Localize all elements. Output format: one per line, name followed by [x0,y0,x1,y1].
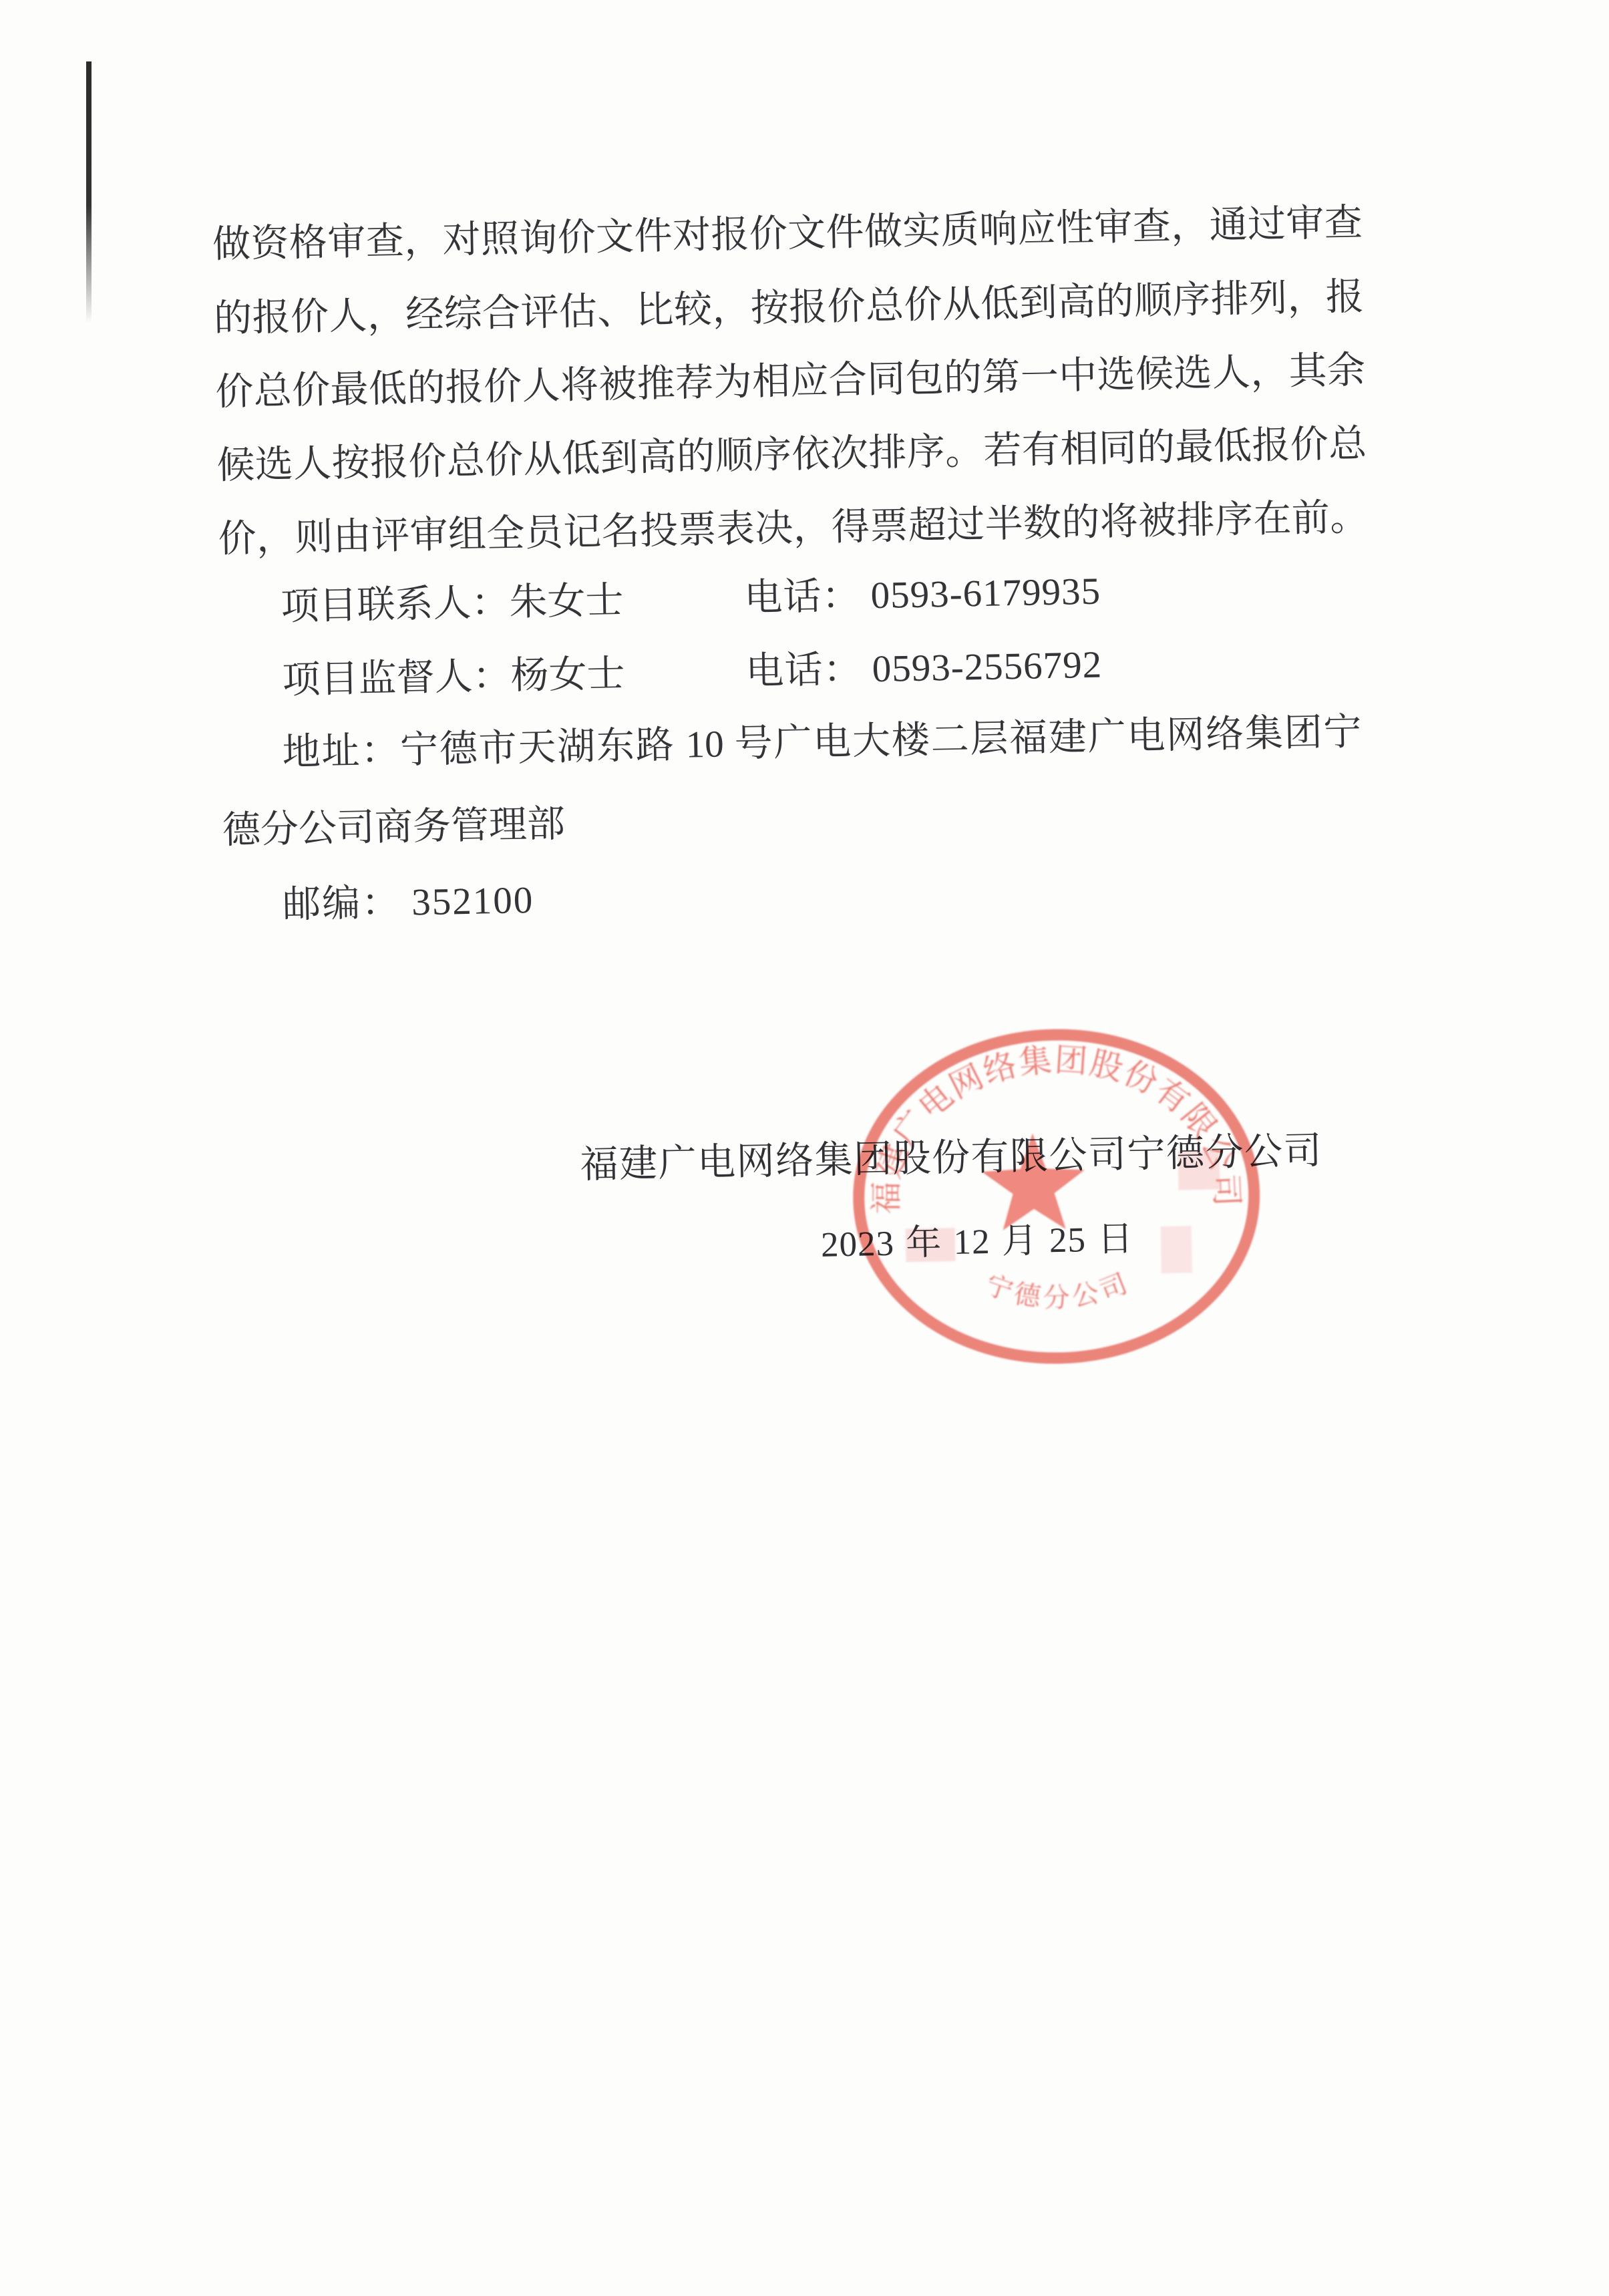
contact-person: 项目联系人：朱女士 [281,577,624,631]
paragraph-line: 候选人按报价总价从低到高的顺序依次排序。若有相同的最低报价总 [216,421,1367,492]
contact-row: 项目监督人：杨女士 电话： 0593-2556792 [220,637,1371,708]
seal-smudge [1161,1226,1192,1273]
address-line-2: 德分公司商务管理部 [222,801,565,854]
paragraph-line: 做资格审查，对照询价文件对报价文件做实质响应性审查，通过审查 [212,200,1363,271]
address-line-1: 地址：宁德市天湖东路 10 号广电大楼二层福建广电网络集团宁 [282,709,1362,779]
contact-phone: 电话： 0593-2556792 [745,642,1103,695]
contact-label: 项目联系人： [281,582,510,629]
scanned-document-page: 做资格审查，对照询价文件对报价文件做实质响应性审查，通过审查 的报价人，经综合评… [0,0,1609,2296]
contact-name: 杨女士 [510,653,625,697]
contact-name: 朱女士 [509,579,624,623]
seal-bottom-text: 宁德分公司 [981,1267,1135,1314]
contact-label: 项目监督人： [282,655,511,702]
seal-star-icon [981,1132,1086,1231]
paragraph-line: 的报价人，经综合评估、比较，按报价总价从低到高的顺序排列，报 [214,274,1365,345]
official-seal: 福建广电网络集团股份有限公司 宁德分公司 [843,1024,1270,1369]
contact-person: 项目监督人：杨女士 [282,651,625,704]
document-content: 做资格审查，对照询价文件对报价文件做实质响应性审查，通过审查 的报价人，经综合评… [0,0,1609,2296]
seal-smudge [906,1228,956,1262]
seal-smudge [1178,1150,1220,1190]
postal-code-line: 邮编： 352100 [282,877,534,929]
paragraph-line: 价总价最低的报价人将被推荐为相应合同包的第一中选候选人，其余 [215,347,1366,419]
paragraph-line: 价，则由评审组全员记名投票表决，得票超过半数的将被排序在前。 [218,494,1369,566]
contact-row: 项目联系人：朱女士 电话： 0593-6179935 [219,563,1370,635]
contact-phone: 电话： 0593-6179935 [744,568,1101,622]
paragraph: 做资格审查，对照询价文件对报价文件做实质响应性审查，通过审查 的报价人，经综合评… [0,0,1604,4]
